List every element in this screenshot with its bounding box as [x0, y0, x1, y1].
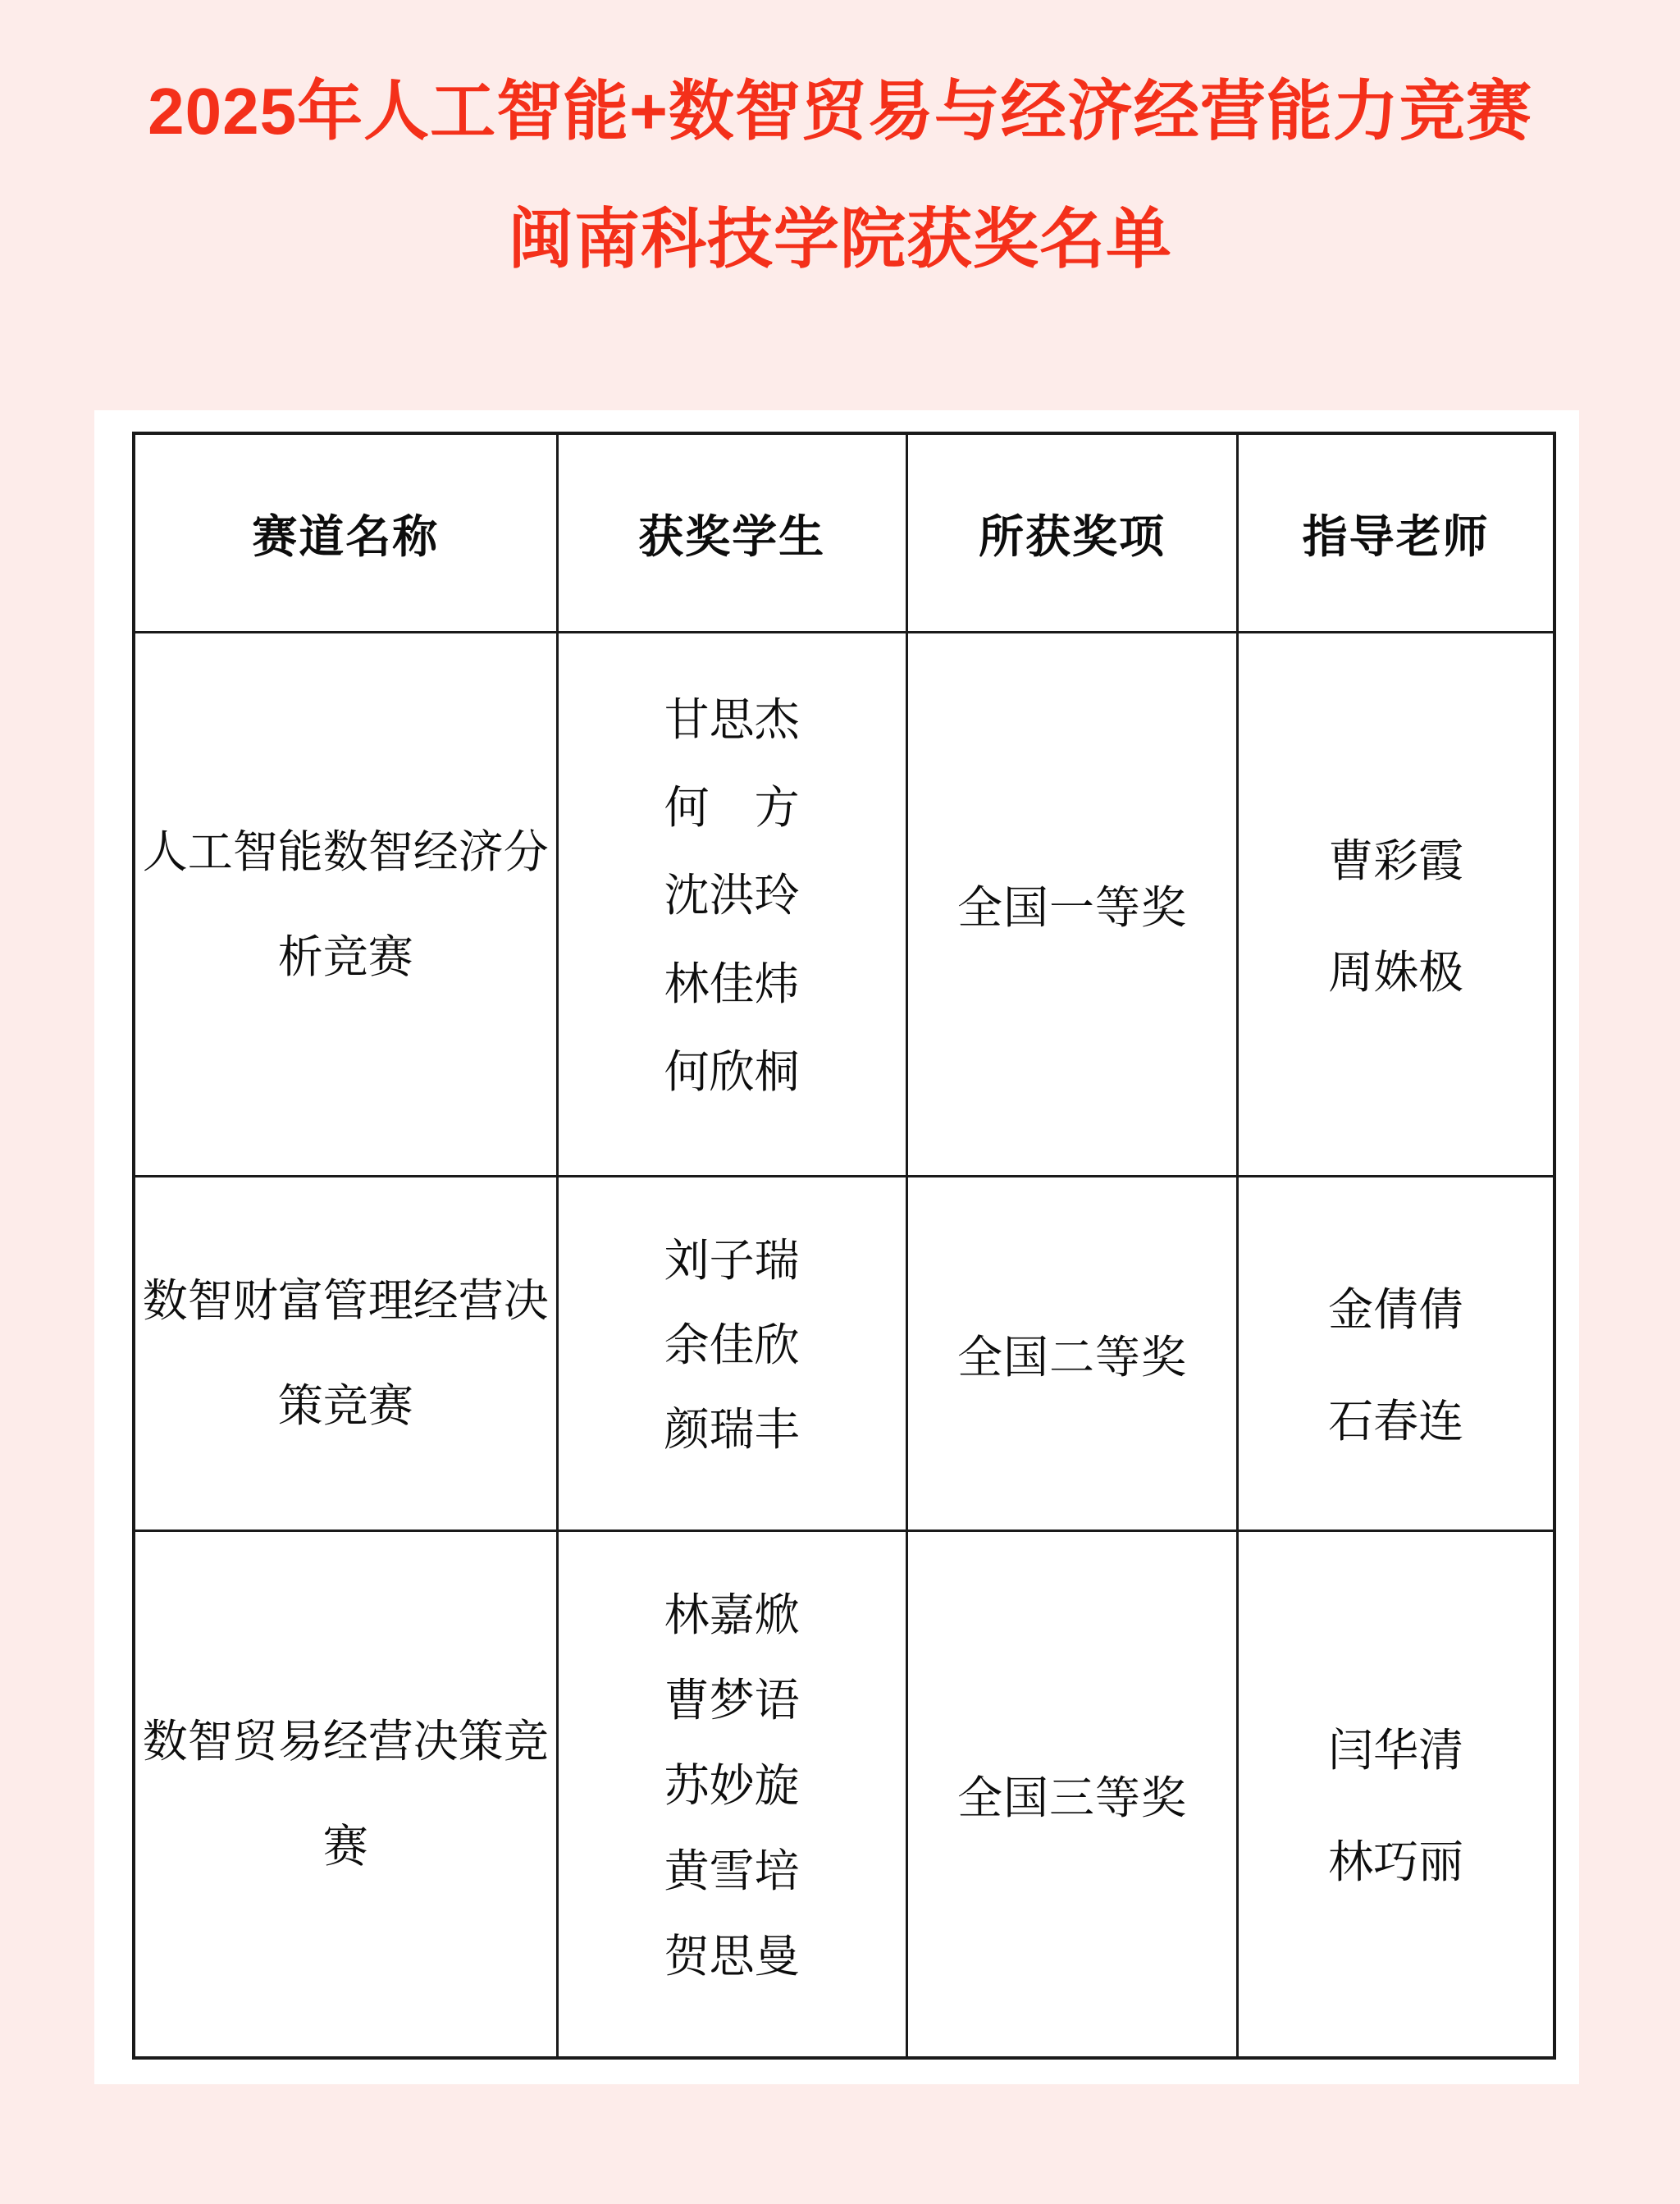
teachers-cell: 曹彩霞周姝极	[1238, 632, 1554, 1176]
student-name: 林嘉焮	[664, 1590, 800, 1639]
students-cell: 林嘉焮曹梦语苏妙旋黄雪培贺思曼	[557, 1530, 906, 2058]
student-name: 余佳欣	[664, 1320, 800, 1369]
teachers-cell: 闫华清林巧丽	[1238, 1530, 1554, 2058]
header-row: 赛道名称 获奖学生 所获奖项 指导老师	[134, 433, 1554, 632]
teacher-name: 曹彩霞	[1328, 836, 1463, 885]
table-row: 人工智能数智经济分析竞赛 甘思杰何 方沈洪玲林佳炜何欣桐 全国一等奖 曹彩霞周姝…	[134, 632, 1554, 1176]
student-name: 曹梦语	[664, 1676, 800, 1725]
title-line-2: 闽南科技学院获奖名单	[0, 176, 1680, 304]
student-name: 林佳炜	[664, 959, 800, 1008]
students-list: 甘思杰何 方沈洪玲林佳炜何欣桐	[559, 633, 906, 1175]
header-award: 所获奖项	[906, 433, 1238, 632]
students-list: 林嘉焮曹梦语苏妙旋黄雪培贺思曼	[559, 1532, 906, 2057]
teacher-name: 石春连	[1328, 1397, 1463, 1446]
track-name: 数智贸易经营决策竞赛	[134, 1530, 557, 2058]
award-name: 全国一等奖	[906, 632, 1238, 1176]
header-students: 获奖学生	[557, 433, 906, 632]
award-name: 全国三等奖	[906, 1530, 1238, 2058]
header-teachers: 指导老师	[1238, 433, 1554, 632]
document-title: 2025年人工智能+数智贸易与经济经营能力竞赛 闽南科技学院获奖名单	[0, 0, 1680, 304]
student-name: 黄雪培	[664, 1846, 800, 1895]
award-table: 赛道名称 获奖学生 所获奖项 指导老师 人工智能数智经济分析竞赛 甘思杰何 方沈…	[132, 432, 1556, 2060]
teachers-list: 曹彩霞周姝极	[1239, 633, 1553, 1175]
students-cell: 甘思杰何 方沈洪玲林佳炜何欣桐	[557, 632, 906, 1176]
student-name: 沈洪玲	[664, 871, 800, 920]
students-list: 刘子瑞余佳欣颜瑞丰	[559, 1177, 906, 1530]
award-name: 全国二等奖	[906, 1176, 1238, 1530]
teachers-cell: 金倩倩石春连	[1238, 1176, 1554, 1530]
student-name: 何 方	[664, 783, 800, 832]
teacher-name: 金倩倩	[1328, 1285, 1463, 1334]
page: 2025年人工智能+数智贸易与经济经营能力竞赛 闽南科技学院获奖名单 赛道名称 …	[0, 0, 1680, 2204]
students-cell: 刘子瑞余佳欣颜瑞丰	[557, 1176, 906, 1530]
teachers-list: 闫华清林巧丽	[1239, 1532, 1553, 2057]
student-name: 刘子瑞	[664, 1236, 800, 1285]
track-name: 人工智能数智经济分析竞赛	[134, 632, 557, 1176]
table-sheet: 赛道名称 获奖学生 所获奖项 指导老师 人工智能数智经济分析竞赛 甘思杰何 方沈…	[94, 410, 1579, 2084]
teacher-name: 闫华清	[1328, 1726, 1463, 1775]
teachers-list: 金倩倩石春连	[1239, 1177, 1553, 1530]
table-row: 数智贸易经营决策竞赛 林嘉焮曹梦语苏妙旋黄雪培贺思曼 全国三等奖 闫华清林巧丽	[134, 1530, 1554, 2058]
student-name: 何欣桐	[664, 1047, 800, 1096]
header-track: 赛道名称	[134, 433, 557, 632]
table-row: 数智财富管理经营决策竞赛 刘子瑞余佳欣颜瑞丰 全国二等奖 金倩倩石春连	[134, 1176, 1554, 1530]
student-name: 甘思杰	[664, 695, 800, 744]
student-name: 颜瑞丰	[664, 1405, 800, 1454]
student-name: 苏妙旋	[664, 1761, 800, 1810]
track-name: 数智财富管理经营决策竞赛	[134, 1176, 557, 1530]
teacher-name: 林巧丽	[1328, 1837, 1463, 1886]
student-name: 贺思曼	[664, 1932, 800, 1981]
title-line-1: 2025年人工智能+数智贸易与经济经营能力竞赛	[0, 48, 1680, 176]
teacher-name: 周姝极	[1328, 948, 1463, 997]
